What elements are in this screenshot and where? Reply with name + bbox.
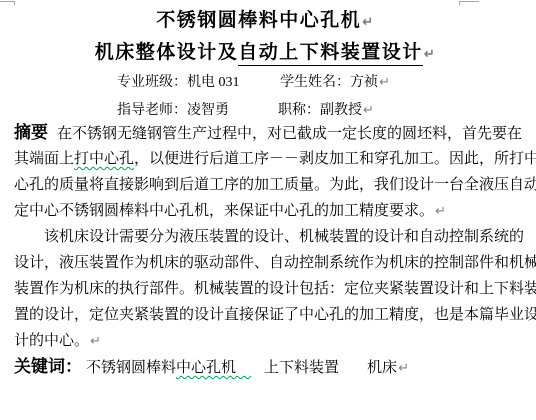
- advisor-title-field: 职称：副教授: [278, 103, 362, 118]
- paragraph-mark: ↵: [398, 360, 409, 375]
- thesis-title-line2-underlined: 自动上下料装置设计: [238, 42, 423, 66]
- advisor-field: 指导老师：凌智勇: [117, 99, 278, 119]
- abstract-line: 计的中心。↵: [14, 328, 526, 354]
- info-row-advisor-title: 指导老师：凌智勇职称：副教授↵: [117, 99, 374, 119]
- abstract-line: 摘要在不锈钢无缝钢管生产过程中，对已截成一定长度的圆坯料，首先要在: [14, 120, 526, 146]
- info-row-class-student: 专业班级：机电 031学生姓名：方祯↵: [117, 71, 390, 91]
- keyword-3: 机床: [367, 360, 397, 376]
- abstract-p2-l4: 置的设计，定位夹紧装置的设计直接保证了中心孔的加工精度，也是本篇毕业设: [14, 307, 536, 323]
- keywords-heading: 关键词：: [14, 357, 82, 376]
- abstract-p2-l3: 装置作为机床的执行部件。机械装置的设计包括：定位夹紧装置设计和上下料装: [14, 281, 536, 297]
- thesis-title-line2-prefix: 机床整体设计及: [95, 42, 239, 63]
- paragraph-mark: ↵: [90, 333, 101, 348]
- class-field: 专业班级：机电 031: [117, 71, 280, 91]
- paragraph-mark: ↵: [362, 14, 374, 29]
- abstract-line: 其端面上打中心孔，以便进行后道工序－－剥皮加工和穿孔加工。因此，所打中: [14, 146, 526, 172]
- paragraph-mark: ↵: [435, 203, 446, 218]
- spellcheck-wavy-text: 中心孔机: [176, 360, 251, 376]
- abstract-line: 装置作为机床的执行部件。机械装置的设计包括：定位夹紧装置设计和上下料装: [14, 276, 526, 302]
- abstract-p1-l2-pre: 其端面上: [14, 151, 74, 167]
- abstract-p2-l5: 计的中心。: [14, 333, 89, 349]
- abstract-p1-l2-post: ，以便进行后道工序－－剥皮加工和穿孔加工。因此，所打中: [134, 151, 536, 167]
- keyword-1-plain: 不锈钢圆棒料: [86, 360, 176, 376]
- abstract-line: 置的设计，定位夹紧装置的设计直接保证了中心孔的加工精度，也是本篇毕业设: [14, 302, 526, 328]
- abstract-line: 该机床设计需要分为液压装置的设计、机械装置的设计和自动控制系统的: [14, 224, 526, 250]
- spellcheck-wavy-text: 打中心孔: [74, 151, 134, 167]
- abstract-line: 设计，液压装置作为机床的驱动部件、自动控制系统作为机床的控制部件和机械: [14, 250, 526, 276]
- keyword-2: 上下料装置: [264, 360, 339, 376]
- abstract-line: 心孔的质量将直接影响到后道工序的加工质量。为此，我们设计一台全液压自动: [14, 172, 526, 198]
- thesis-title-line1-text: 不锈钢圆棒料中心孔机: [156, 10, 361, 31]
- page-margin-mark-left: [0, 1, 15, 5]
- paragraph-mark: ↵: [424, 46, 436, 61]
- abstract-line: 定中心不锈钢圆棒料中心孔机，来保证中心孔的加工精度要求。↵: [14, 198, 526, 224]
- abstract-body: 摘要在不锈钢无缝钢管生产过程中，对已截成一定长度的圆坯料，首先要在 其端面上打中…: [14, 120, 526, 380]
- abstract-p1-l3: 心孔的质量将直接影响到后道工序的加工质量。为此，我们设计一台全液压自动: [14, 177, 536, 193]
- abstract-p2-l1: 该机床设计需要分为液压装置的设计、机械装置的设计和自动控制系统的: [44, 229, 524, 245]
- abstract-heading: 摘要: [14, 123, 48, 142]
- document-page: 不锈钢圆棒料中心孔机↵ 机床整体设计及自动上下料装置设计↵ 专业班级：机电 03…: [0, 0, 536, 420]
- thesis-title-line1: 不锈钢圆棒料中心孔机↵: [14, 5, 517, 32]
- keywords-line: 关键词：不锈钢圆棒料中心孔机 上下料装置机床↵: [14, 354, 526, 380]
- thesis-title-line2: 机床整体设计及自动上下料装置设计↵: [14, 37, 517, 64]
- paragraph-mark: ↵: [379, 74, 390, 89]
- abstract-p1-l4: 定中心不锈钢圆棒料中心孔机，来保证中心孔的加工精度要求。: [14, 203, 434, 219]
- student-name-field: 学生姓名：方祯: [280, 75, 378, 90]
- paragraph-mark: ↵: [363, 102, 374, 117]
- abstract-p2-l2: 设计，液压装置作为机床的驱动部件、自动控制系统作为机床的控制部件和机械: [14, 255, 536, 271]
- abstract-p1-l1: 在不锈钢无缝钢管生产过程中，对已截成一定长度的圆坯料，首先要在: [57, 126, 522, 142]
